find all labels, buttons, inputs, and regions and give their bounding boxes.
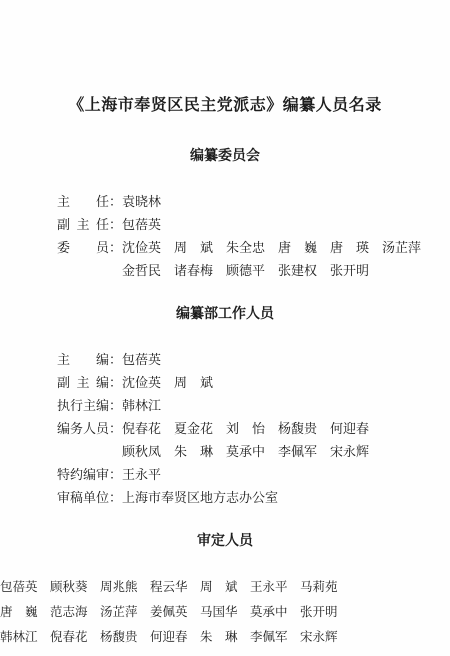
personnel-row: 副主编 ： 沈俭英 周 斌 — [57, 371, 410, 394]
label-colon: ： — [109, 213, 122, 236]
role-label: 主任 — [57, 190, 109, 213]
names-block: 沈俭英 周 斌 朱全忠 唐 巍 唐 瑛 汤芷萍 金哲民 诸春梅 顾德平 张建权 … — [122, 236, 421, 282]
name-line: 沈俭英 周 斌 朱全忠 唐 巍 唐 瑛 汤芷萍 — [122, 236, 421, 259]
name-line: 上海市奉贤区地方志办公室 — [122, 486, 410, 509]
role-label: 特约编审 — [57, 463, 109, 486]
name-line: 顾秋凤 朱 琳 莫承中 李佩军 宋永辉 — [122, 440, 410, 463]
role-label: 执行主编 — [57, 394, 109, 417]
personnel-row: 特约编审 ： 王永平 — [57, 463, 410, 486]
section-staff: 主编 ： 包蓓英 副主编 ： 沈俭英 周 斌 执行主编 ： 韩林江 编务人员 ：… — [0, 348, 450, 509]
name-line: 沈俭英 周 斌 — [122, 371, 410, 394]
spacer — [0, 116, 450, 148]
personnel-row: 主编 ： 包蓓英 — [57, 348, 410, 371]
spacer — [0, 551, 450, 575]
spacer — [0, 166, 450, 190]
page-title: 《上海市奉贤区民主党派志》编纂人员名录 — [0, 96, 450, 116]
name-line: 包蓓英 顾秋葵 周兆熊 程云华 周 斌 王永平 马莉苑 — [0, 575, 410, 600]
label-colon: ： — [109, 236, 122, 259]
name-line: 包蓓英 — [122, 213, 410, 236]
role-label: 主编 — [57, 348, 109, 371]
section-reviewers: 包蓓英 顾秋葵 周兆熊 程云华 周 斌 王永平 马莉苑 唐 巍 范志海 汤芷萍 … — [0, 575, 450, 650]
role-label: 副主任 — [57, 213, 109, 236]
name-line: 韩林江 — [122, 394, 410, 417]
label-colon: ： — [109, 348, 122, 371]
personnel-row: 副主任 ： 包蓓英 — [57, 213, 410, 236]
name-line: 王永平 — [122, 463, 410, 486]
names-block: 沈俭英 周 斌 — [122, 371, 410, 394]
personnel-row: 执行主编 ： 韩林江 — [57, 394, 410, 417]
names-block: 王永平 — [122, 463, 410, 486]
section-heading-committee: 编纂委员会 — [0, 148, 450, 166]
name-line: 倪春花 夏金花 刘 怡 杨馥贵 何迎春 — [122, 417, 410, 440]
role-label: 审稿单位 — [57, 486, 109, 509]
names-block: 袁晓林 — [122, 190, 410, 213]
label-colon: ： — [109, 463, 122, 486]
label-colon: ： — [109, 486, 122, 509]
label-colon: ： — [109, 190, 122, 213]
label-colon: ： — [109, 371, 122, 394]
spacer — [0, 509, 450, 533]
role-label: 副主编 — [57, 371, 109, 394]
personnel-row: 编务人员 ： 倪春花 夏金花 刘 怡 杨馥贵 何迎春 顾秋凤 朱 琳 莫承中 李… — [57, 417, 410, 463]
names-block: 倪春花 夏金花 刘 怡 杨馥贵 何迎春 顾秋凤 朱 琳 莫承中 李佩军 宋永辉 — [122, 417, 410, 463]
name-line: 金哲民 诸春梅 顾德平 张建权 张开明 — [122, 259, 421, 282]
section-committee: 主任 ： 袁晓林 副主任 ： 包蓓英 委员 ： 沈俭英 周 斌 朱全忠 唐 巍 … — [0, 190, 450, 282]
name-line: 韩林江 倪春花 杨馥贵 何迎春 朱 琳 李佩军 宋永辉 — [0, 625, 410, 650]
section-heading-reviewers: 审定人员 — [0, 533, 450, 551]
label-colon: ： — [109, 417, 122, 440]
personnel-row: 委员 ： 沈俭英 周 斌 朱全忠 唐 巍 唐 瑛 汤芷萍 金哲民 诸春梅 顾德平… — [57, 236, 410, 282]
spacer — [0, 282, 450, 306]
name-line: 唐 巍 范志海 汤芷萍 姜佩英 马国华 莫承中 张开明 — [0, 600, 410, 625]
role-label: 委员 — [57, 236, 109, 259]
section-heading-staff: 编纂部工作人员 — [0, 306, 450, 324]
spacer — [0, 324, 450, 348]
document-page: 《上海市奉贤区民主党派志》编纂人员名录 编纂委员会 主任 ： 袁晓林 副主任 ：… — [0, 0, 450, 656]
names-block: 韩林江 — [122, 394, 410, 417]
label-colon: ： — [109, 394, 122, 417]
names-block: 包蓓英 — [122, 348, 410, 371]
name-line: 袁晓林 — [122, 190, 410, 213]
personnel-row: 审稿单位 ： 上海市奉贤区地方志办公室 — [57, 486, 410, 509]
role-label: 编务人员 — [57, 417, 109, 440]
name-line: 包蓓英 — [122, 348, 410, 371]
names-block: 上海市奉贤区地方志办公室 — [122, 486, 410, 509]
personnel-row: 主任 ： 袁晓林 — [57, 190, 410, 213]
names-block: 包蓓英 — [122, 213, 410, 236]
